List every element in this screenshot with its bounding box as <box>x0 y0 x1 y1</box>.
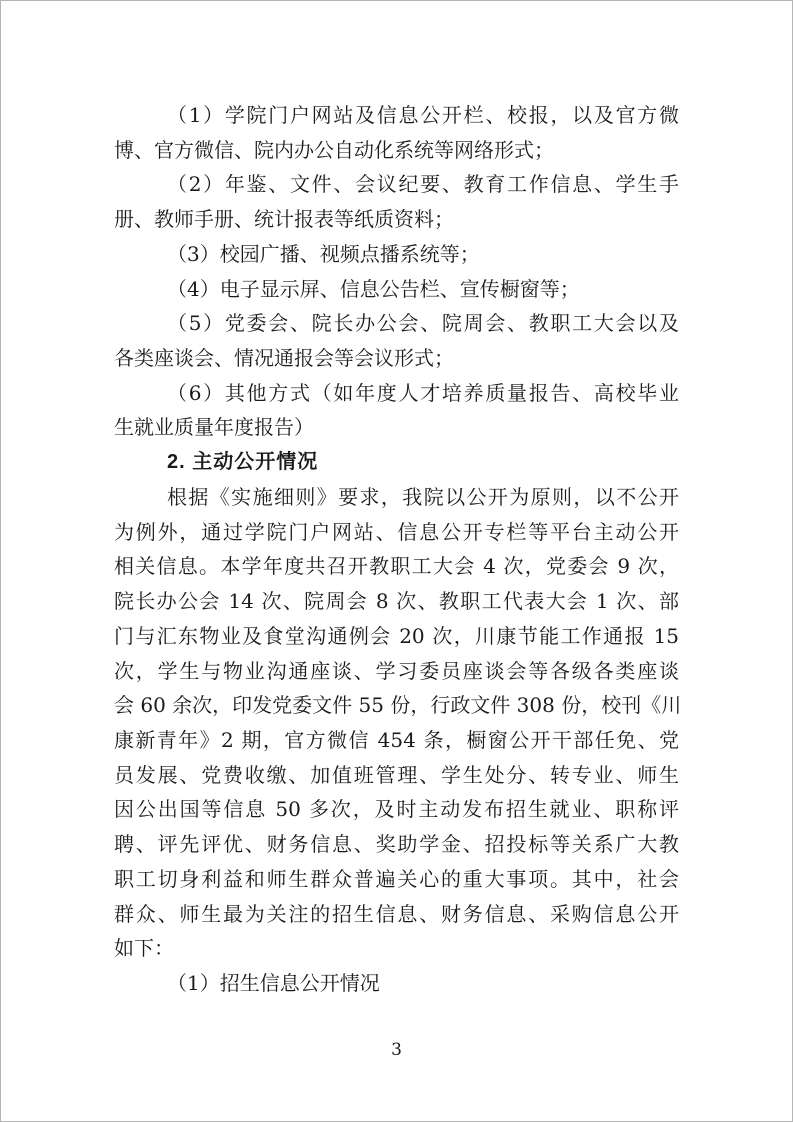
text-line: 博、官方微信、院内办公自动化系统等网络形式； <box>114 133 679 168</box>
text-line: （6）其他方式（如年度人才培养质量报告、高校毕业 <box>114 376 679 411</box>
text-line: 生就业质量年度报告） <box>114 410 679 445</box>
text-line: 根据《实施细则》要求，我院以公开为原则，以不公开 <box>114 480 679 515</box>
text-line: 职工切身利益和师生群众普遍关心的重大事项。其中，社会 <box>114 862 679 897</box>
document-page: （1）学院门户网站及信息公开栏、校报，以及官方微博、官方微信、院内办公自动化系统… <box>0 0 793 1122</box>
text-line: 聘、评先评优、财务信息、奖助学金、招投标等关系广大教 <box>114 827 679 862</box>
text-line: （5）党委会、院长办公会、院周会、教职工大会以及 <box>114 306 679 341</box>
text-line: （1）学院门户网站及信息公开栏、校报，以及官方微 <box>114 98 679 133</box>
text-line: 各类座谈会、情况通报会等会议形式； <box>114 341 679 376</box>
text-line: （3）校园广播、视频点播系统等； <box>114 237 679 272</box>
text-line: （2）年鉴、文件、会议纪要、教育工作信息、学生手 <box>114 167 679 202</box>
text-line: 为例外，通过学院门户网站、信息公开专栏等平台主动公开 <box>114 515 679 550</box>
text-line: （4）电子显示屏、信息公告栏、宣传橱窗等； <box>114 272 679 307</box>
text-line: 次，学生与物业沟通座谈、学习委员座谈会等各级各类座谈 <box>114 654 679 689</box>
text-line: 院长办公会 14 次、院周会 8 次、教职工代表大会 1 次、部 <box>114 584 679 619</box>
text-line: 会 60 余次，印发党委文件 55 份，行政文件 308 份，校刊《川 <box>114 688 679 723</box>
text-line: （1）招生信息公开情况 <box>114 966 679 1001</box>
text-line: 册、教师手册、统计报表等纸质资料； <box>114 202 679 237</box>
text-line: 相关信息。本学年度共召开教职工大会 4 次，党委会 9 次， <box>114 549 679 584</box>
text-line: 员发展、党费收缴、加值班管理、学生处分、转专业、师生 <box>114 758 679 793</box>
text-line: 群众、师生最为关注的招生信息、财务信息、采购信息公开 <box>114 897 679 932</box>
text-line: 因公出国等信息 50 多次，及时主动发布招生就业、职称评 <box>114 792 679 827</box>
document-body: （1）学院门户网站及信息公开栏、校报，以及官方微博、官方微信、院内办公自动化系统… <box>114 98 679 1001</box>
text-line: 如下： <box>114 931 679 966</box>
section-heading: 2. 主动公开情况 <box>114 445 679 480</box>
text-line: 康新青年》2 期，官方微信 454 条，橱窗公开干部任免、党 <box>114 723 679 758</box>
page-number: 3 <box>1 1039 792 1061</box>
text-line: 门与汇东物业及食堂沟通例会 20 次，川康节能工作通报 15 <box>114 619 679 654</box>
